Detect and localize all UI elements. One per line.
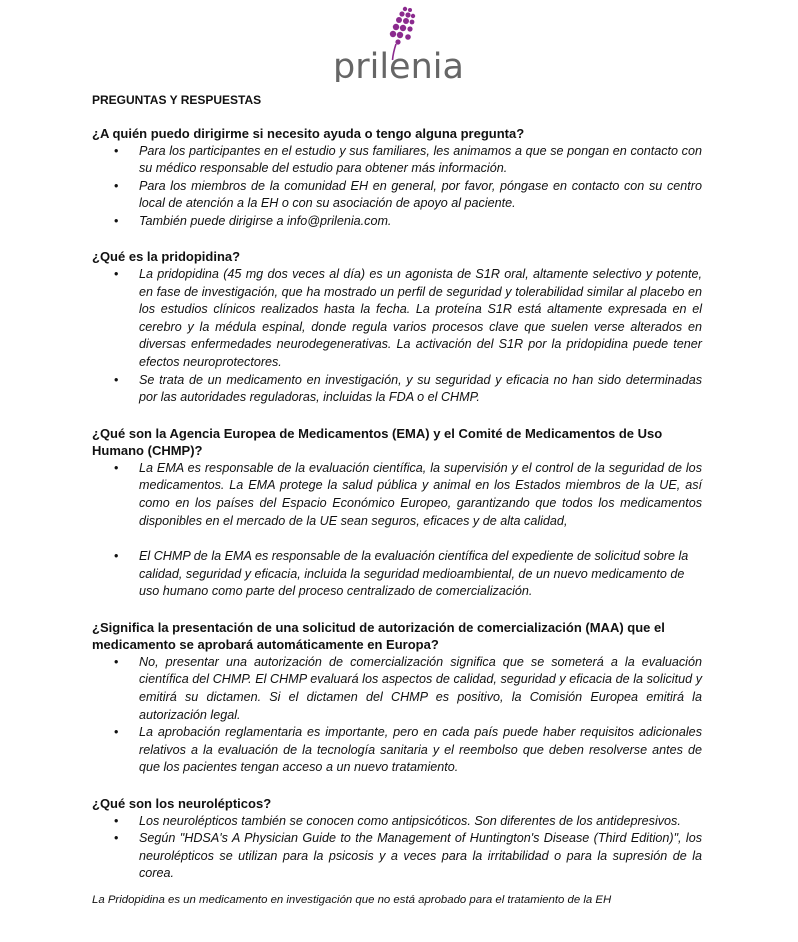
question-contact: ¿A quién puedo dirigirme si necesito ayu…	[92, 125, 702, 143]
list-item: La EMA es responsable de la evaluación c…	[92, 460, 702, 530]
list-item: No, presentar una autorización de comerc…	[92, 654, 702, 724]
svg-text:prilenia: prilenia	[333, 47, 464, 82]
question-ema-chmp: ¿Qué son la Agencia Europea de Medicamen…	[92, 425, 702, 460]
list-item: La aprobación reglamentaria es important…	[92, 724, 702, 777]
question-maa: ¿Significa la presentación de una solici…	[92, 619, 702, 654]
list-item: También puede dirigirse a info@prilenia.…	[92, 213, 702, 231]
page-title: PREGUNTAS Y RESPUESTAS	[92, 92, 702, 108]
list-item: Para los miembros de la comunidad EH en …	[92, 178, 702, 213]
list-item: Los neurolépticos también se conocen com…	[92, 813, 702, 831]
list-item: Según "HDSA's A Physician Guide to the M…	[92, 830, 702, 883]
list-item: Para los participantes en el estudio y s…	[92, 143, 702, 178]
question-neuroleptics: ¿Qué son los neurolépticos?	[92, 795, 702, 813]
prilenia-logo-icon: prilenia	[333, 4, 467, 82]
answer-list-neuroleptics: Los neurolépticos también se conocen com…	[92, 813, 702, 883]
answer-list-maa: No, presentar una autorización de comerc…	[92, 654, 702, 777]
list-item: La pridopidina (45 mg dos veces al día) …	[92, 266, 702, 372]
disclaimer-footer: La Pridopidina es un medicamento en inve…	[92, 893, 702, 908]
answer-list-contact: Para los participantes en el estudio y s…	[92, 143, 702, 231]
prilenia-logo: prilenia	[333, 4, 467, 82]
list-item: El CHMP de la EMA es responsable de la e…	[92, 548, 702, 601]
question-pridopidine: ¿Qué es la pridopidina?	[92, 248, 702, 266]
answer-list-ema-chmp: La EMA es responsable de la evaluación c…	[92, 460, 702, 601]
list-item: Se trata de un medicamento en investigac…	[92, 372, 702, 407]
answer-list-pridopidine: La pridopidina (45 mg dos veces al día) …	[92, 266, 702, 407]
faq-document: PREGUNTAS Y RESPUESTAS ¿A quién puedo di…	[92, 92, 702, 908]
